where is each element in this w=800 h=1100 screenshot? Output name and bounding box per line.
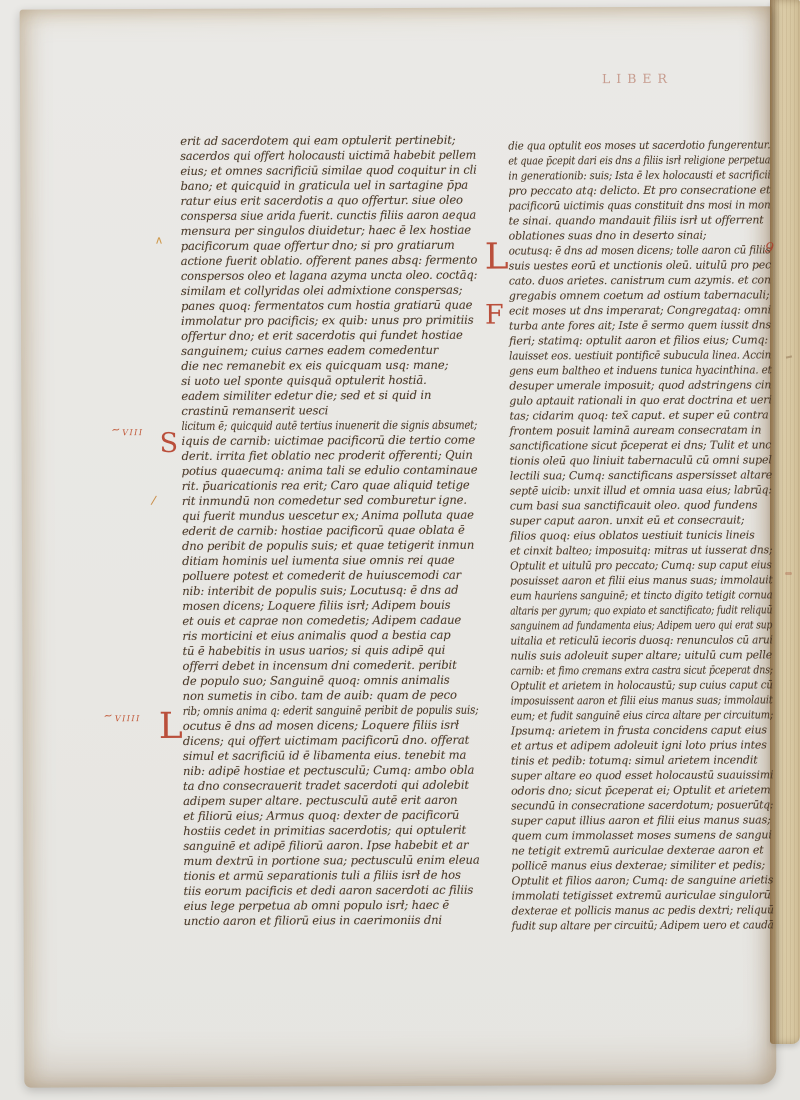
text-line: carnib: et fimo cremans extra castra sic…: [511, 663, 736, 679]
text-line: filios quoq: eius oblatos uestiuit tunic…: [510, 527, 772, 543]
text-line: derit. irrita fiet oblatio nec proderit …: [182, 448, 478, 464]
text-line: lectili sua; Cumq: sanctificans aspersis…: [510, 467, 772, 483]
text-line: tionis oleū quo liniuit tabernaculū cū o…: [510, 452, 771, 468]
right-text-column: die qua optulit eos moses ut sacerdotio …: [508, 137, 773, 933]
text-line: potius quaecumq: anima tali se edulio co…: [182, 463, 478, 479]
text-line: secundū in consecratione sacerdotum; pos…: [511, 797, 763, 813]
text-line: offerri debet in incensum dni comederit.…: [182, 658, 478, 674]
text-line: si uoto uel sponte quisquā optulerit hos…: [181, 373, 477, 389]
text-line: frontem posuit laminā auream consecratam…: [509, 422, 771, 438]
text-line: unctio aaron et filiorū eius in caerimon…: [184, 913, 480, 929]
text-line: non sumetis in cibo. tam de auib: quam d…: [183, 688, 479, 704]
text-line: erit ad sacerdotem qui eam optulerit per…: [180, 133, 476, 149]
text-line: gens eum baltheo et induens tunica hyaci…: [509, 362, 756, 378]
text-line: actione fuerit oblatio. offerent panes a…: [181, 253, 473, 269]
text-line: suis uestes eorū et unctionis oleū. uitu…: [509, 257, 769, 273]
text-line: pacificorum quae offertur dno; si pro gr…: [181, 238, 477, 254]
text-line: tas; cidarim quoq: tex̄ caput. et super …: [509, 407, 771, 423]
text-line: nib: adipē hostiae et pectusculū; Cumq: …: [183, 763, 479, 779]
text-line: ne tetigit extremū auriculae dexterae aa…: [511, 842, 773, 858]
rubric-initial-L-left: L: [159, 709, 183, 745]
text-line: panes quoq: fermentatos cum hostia grati…: [181, 298, 477, 314]
text-line: eum; et fudit sanguinē eius circa altare…: [511, 707, 745, 723]
text-line: simul et sacrificiū id ē libamenta eius.…: [183, 748, 479, 764]
rubric-initial-L-right: L: [485, 240, 509, 276]
text-line: super caput illius aaron et filii eius m…: [511, 812, 773, 828]
text-line: tiis eorum pacificis et dedi aaron sacer…: [183, 883, 479, 899]
text-line: eius; et omnes sacrificiū similae quod c…: [180, 163, 473, 179]
text-line: fieri; statimq: optulit aaron et filios …: [509, 332, 771, 348]
text-line: sanctificatione sicut p̄ceperat ei dns; …: [510, 437, 768, 453]
rubric-initial-S: S: [159, 430, 178, 457]
text-line: crastinū remanserit uesci: [181, 403, 477, 419]
text-line: sacerdos qui offert holocausti uictimā h…: [180, 148, 466, 164]
text-line: pro peccato atq: delicto. Et pro consecr…: [508, 182, 769, 198]
text-line: gulo aptauit rationali in quo erat doctr…: [509, 392, 768, 408]
text-line: ta dno consecrauerit tradet sacerdoti qu…: [183, 778, 479, 794]
text-line: immolatur pro pacificis; ex quib: unus p…: [181, 313, 477, 329]
text-line: quem cum immolasset moses sumens de sang…: [511, 827, 773, 843]
text-line: qui fuerit mundus uescetur ex; Anima pol…: [182, 508, 478, 524]
text-line: odoris dno; sicut p̄ceperat ei; Optulit …: [511, 782, 773, 798]
text-line: adipem super altare. pectusculū autē eri…: [183, 793, 479, 809]
text-line: die qua optulit eos moses ut sacerdotio …: [508, 137, 750, 153]
margin-slash-mark: ∕: [150, 493, 157, 508]
text-line: dicens; qui offert uictimam pacificorū d…: [183, 733, 479, 749]
text-line: imposuissent aaron et filii eius manus s…: [511, 692, 744, 708]
text-line: lauisset eos. uestiuit pontificē subucul…: [509, 347, 753, 363]
text-line: Ipsumq: arietem in frusta concidens capu…: [511, 722, 773, 738]
text-line: cum basi sua sanctificauit oleo. quod fu…: [510, 497, 772, 513]
numeral-label: viii: [122, 425, 143, 438]
text-line: tionis et armū separationis tuli a filii…: [183, 868, 479, 884]
chapter-numeral-viiii: ~viiii: [75, 711, 141, 724]
text-line: super caput aaron. unxit eū et consecrau…: [510, 512, 772, 528]
text-line: Optulit et filios aaron; Cumq: de sangui…: [511, 872, 769, 888]
manuscript-page: LIBER erit ad sacerdotem qui eam optuler…: [20, 6, 777, 1087]
numeral-label: viiii: [115, 711, 141, 724]
text-line: dexterae et pollicis manus ac pedis dext…: [512, 902, 764, 918]
text-line: in generationib: suis; Ista ē lex holoca…: [508, 167, 745, 183]
numeral-flourish: ~: [102, 709, 113, 723]
text-line: polluere potest et comederit de huiuscem…: [182, 568, 478, 584]
text-line: nulis suis adoleuit super altare; uitulū…: [510, 647, 771, 663]
text-line: et ouis et caprae non comedetis; Adipem …: [182, 613, 478, 629]
chapter-numeral-viii: ~viii: [81, 425, 143, 438]
text-line: sanguinē et adipē filiorū aaron. Ipse ha…: [183, 838, 479, 854]
text-line: dno peribit de populis suis; et quae tet…: [182, 538, 478, 554]
text-line: posuisset aaron et filii eius manus suas…: [510, 572, 761, 588]
rubric-initial-F-right: F: [485, 302, 504, 329]
text-line: conspersos oleo et lagana azyma uncta ol…: [181, 268, 473, 284]
margin-caret-mark: ∧: [155, 234, 164, 247]
text-line: oblationes suas dno in deserto sinai;: [509, 227, 771, 243]
text-line: cato. duos arietes. canistrum cum azymis…: [509, 272, 768, 288]
text-line: de populo suo; Sanguinē quoq: omnis anim…: [183, 673, 479, 689]
text-line: hostiis cedet in primitias sacerdotis; q…: [183, 823, 479, 839]
text-line: uitalia et reticulū iecoris duosq: renun…: [510, 632, 757, 648]
text-line: ris morticini et eius animalis quod a be…: [182, 628, 478, 644]
text-line: desuper umerale imposuit; quod adstringe…: [509, 377, 769, 393]
text-line: pollicē manus eius dexterae; similiter e…: [511, 857, 773, 873]
text-line: mum dextrū in portione sua; pectusculū e…: [183, 853, 479, 869]
photo-background: LIBER erit ad sacerdotem qui eam optuler…: [0, 0, 800, 1100]
text-line: super altare eo quod esset holocaustū su…: [511, 767, 768, 783]
text-line: gregabis omnem coetum ad ostium tabernac…: [509, 287, 771, 303]
text-line: ocutusq: ē dns ad mosen dicens; tolle aa…: [509, 242, 753, 258]
text-line: bano; et quicquid in graticula uel in sa…: [180, 178, 476, 194]
text-line: eius lege perpetua ab omni populo isrł; …: [184, 898, 480, 914]
text-line: septē uicib: unxit illud et omnia uasa e…: [510, 482, 762, 498]
text-line: rit. p̄uaricationis rea erit; Caro quae …: [182, 478, 478, 494]
text-line: et filiorū eius; Armus quoq: dexter de p…: [183, 808, 479, 824]
text-line: rit inmundū non comedetur sed comburetur…: [182, 493, 478, 509]
text-line: similam et collyridas olei admixtione co…: [181, 283, 477, 299]
text-line: eum hauriens sanguinē; et tincto digito …: [510, 587, 746, 603]
text-line: offertur dno; et erit sacerdotis qui fun…: [181, 328, 477, 344]
text-line: te sinai. quando mandauit filiis isrł ut…: [509, 212, 771, 228]
text-line: nib: interibit de populis suis; Locutusq…: [182, 583, 478, 599]
text-line: sanguinem ad fundamenta eius; Adipem uer…: [510, 618, 727, 634]
text-line: Optulit et uitulū pro peccato; Cumq: sup…: [510, 557, 755, 573]
text-line: et cinxit balteo; imposuitq: mitras ut i…: [510, 542, 763, 558]
text-line: et quae p̄cepit dari eis dns a filiis is…: [508, 153, 733, 169]
text-line: sanguinem; cuius carnes eadem comedentur: [181, 343, 477, 359]
text-line: iquis de carnib: uictimae pacificorū die…: [182, 433, 478, 449]
text-line: mosen dicens; Loquere filiis isrł; Adipe…: [182, 598, 478, 614]
text-line: licitum ē; quicquid autē tertius inuener…: [181, 418, 433, 434]
text-line: turba ante fores ait; Iste ē sermo quem …: [509, 317, 765, 333]
text-line: fudit sup altare per circuitū; Adipem ue…: [512, 917, 760, 933]
text-line: et artus et adipem adoleuit igni loto pr…: [511, 737, 773, 753]
text-line: ditiam hominis uel iumenta siue omnis re…: [182, 553, 478, 569]
text-line: tinis et pedib: totumq: simul arietem in…: [511, 752, 773, 768]
text-line: Optulit et arietem in holocaustū; sup cu…: [511, 677, 754, 693]
text-line: ratur eius erit sacerdotis a quo offertu…: [180, 193, 476, 209]
numeral-flourish: ~: [110, 423, 121, 437]
text-line: altaris per gyrum; quo expiato et sancti…: [510, 603, 725, 619]
text-line: eadem similiter edetur die; sed et si qu…: [181, 388, 477, 404]
text-line: immolati tetigisset extremū auriculae si…: [511, 887, 773, 903]
text-line: ecit moses ut dns imperarat; Congregataq…: [509, 302, 769, 318]
text-line: rib; omnis anima q: ederit sanguinē peri…: [183, 703, 442, 719]
text-line: tū ē habebitis in usus uarios; si quis a…: [182, 643, 478, 659]
running-title: LIBER: [602, 71, 673, 86]
left-text-column: erit ad sacerdotem qui eam optulerit per…: [180, 133, 479, 929]
text-line: die nec remanebit ex eis quicquam usq: m…: [181, 358, 477, 374]
text-line: conspersa siue arida fuerit. cunctis fil…: [181, 208, 468, 224]
text-line: pacificorū uictimis quas constituit dns …: [508, 197, 756, 213]
text-line: ocutus ē dns ad mosen dicens; Loquere fi…: [183, 718, 479, 734]
text-line: ederit de carnib: hostiae pacificorū qua…: [182, 523, 478, 539]
text-line: mensura per singulos diuidetur; haec ē l…: [181, 223, 477, 239]
